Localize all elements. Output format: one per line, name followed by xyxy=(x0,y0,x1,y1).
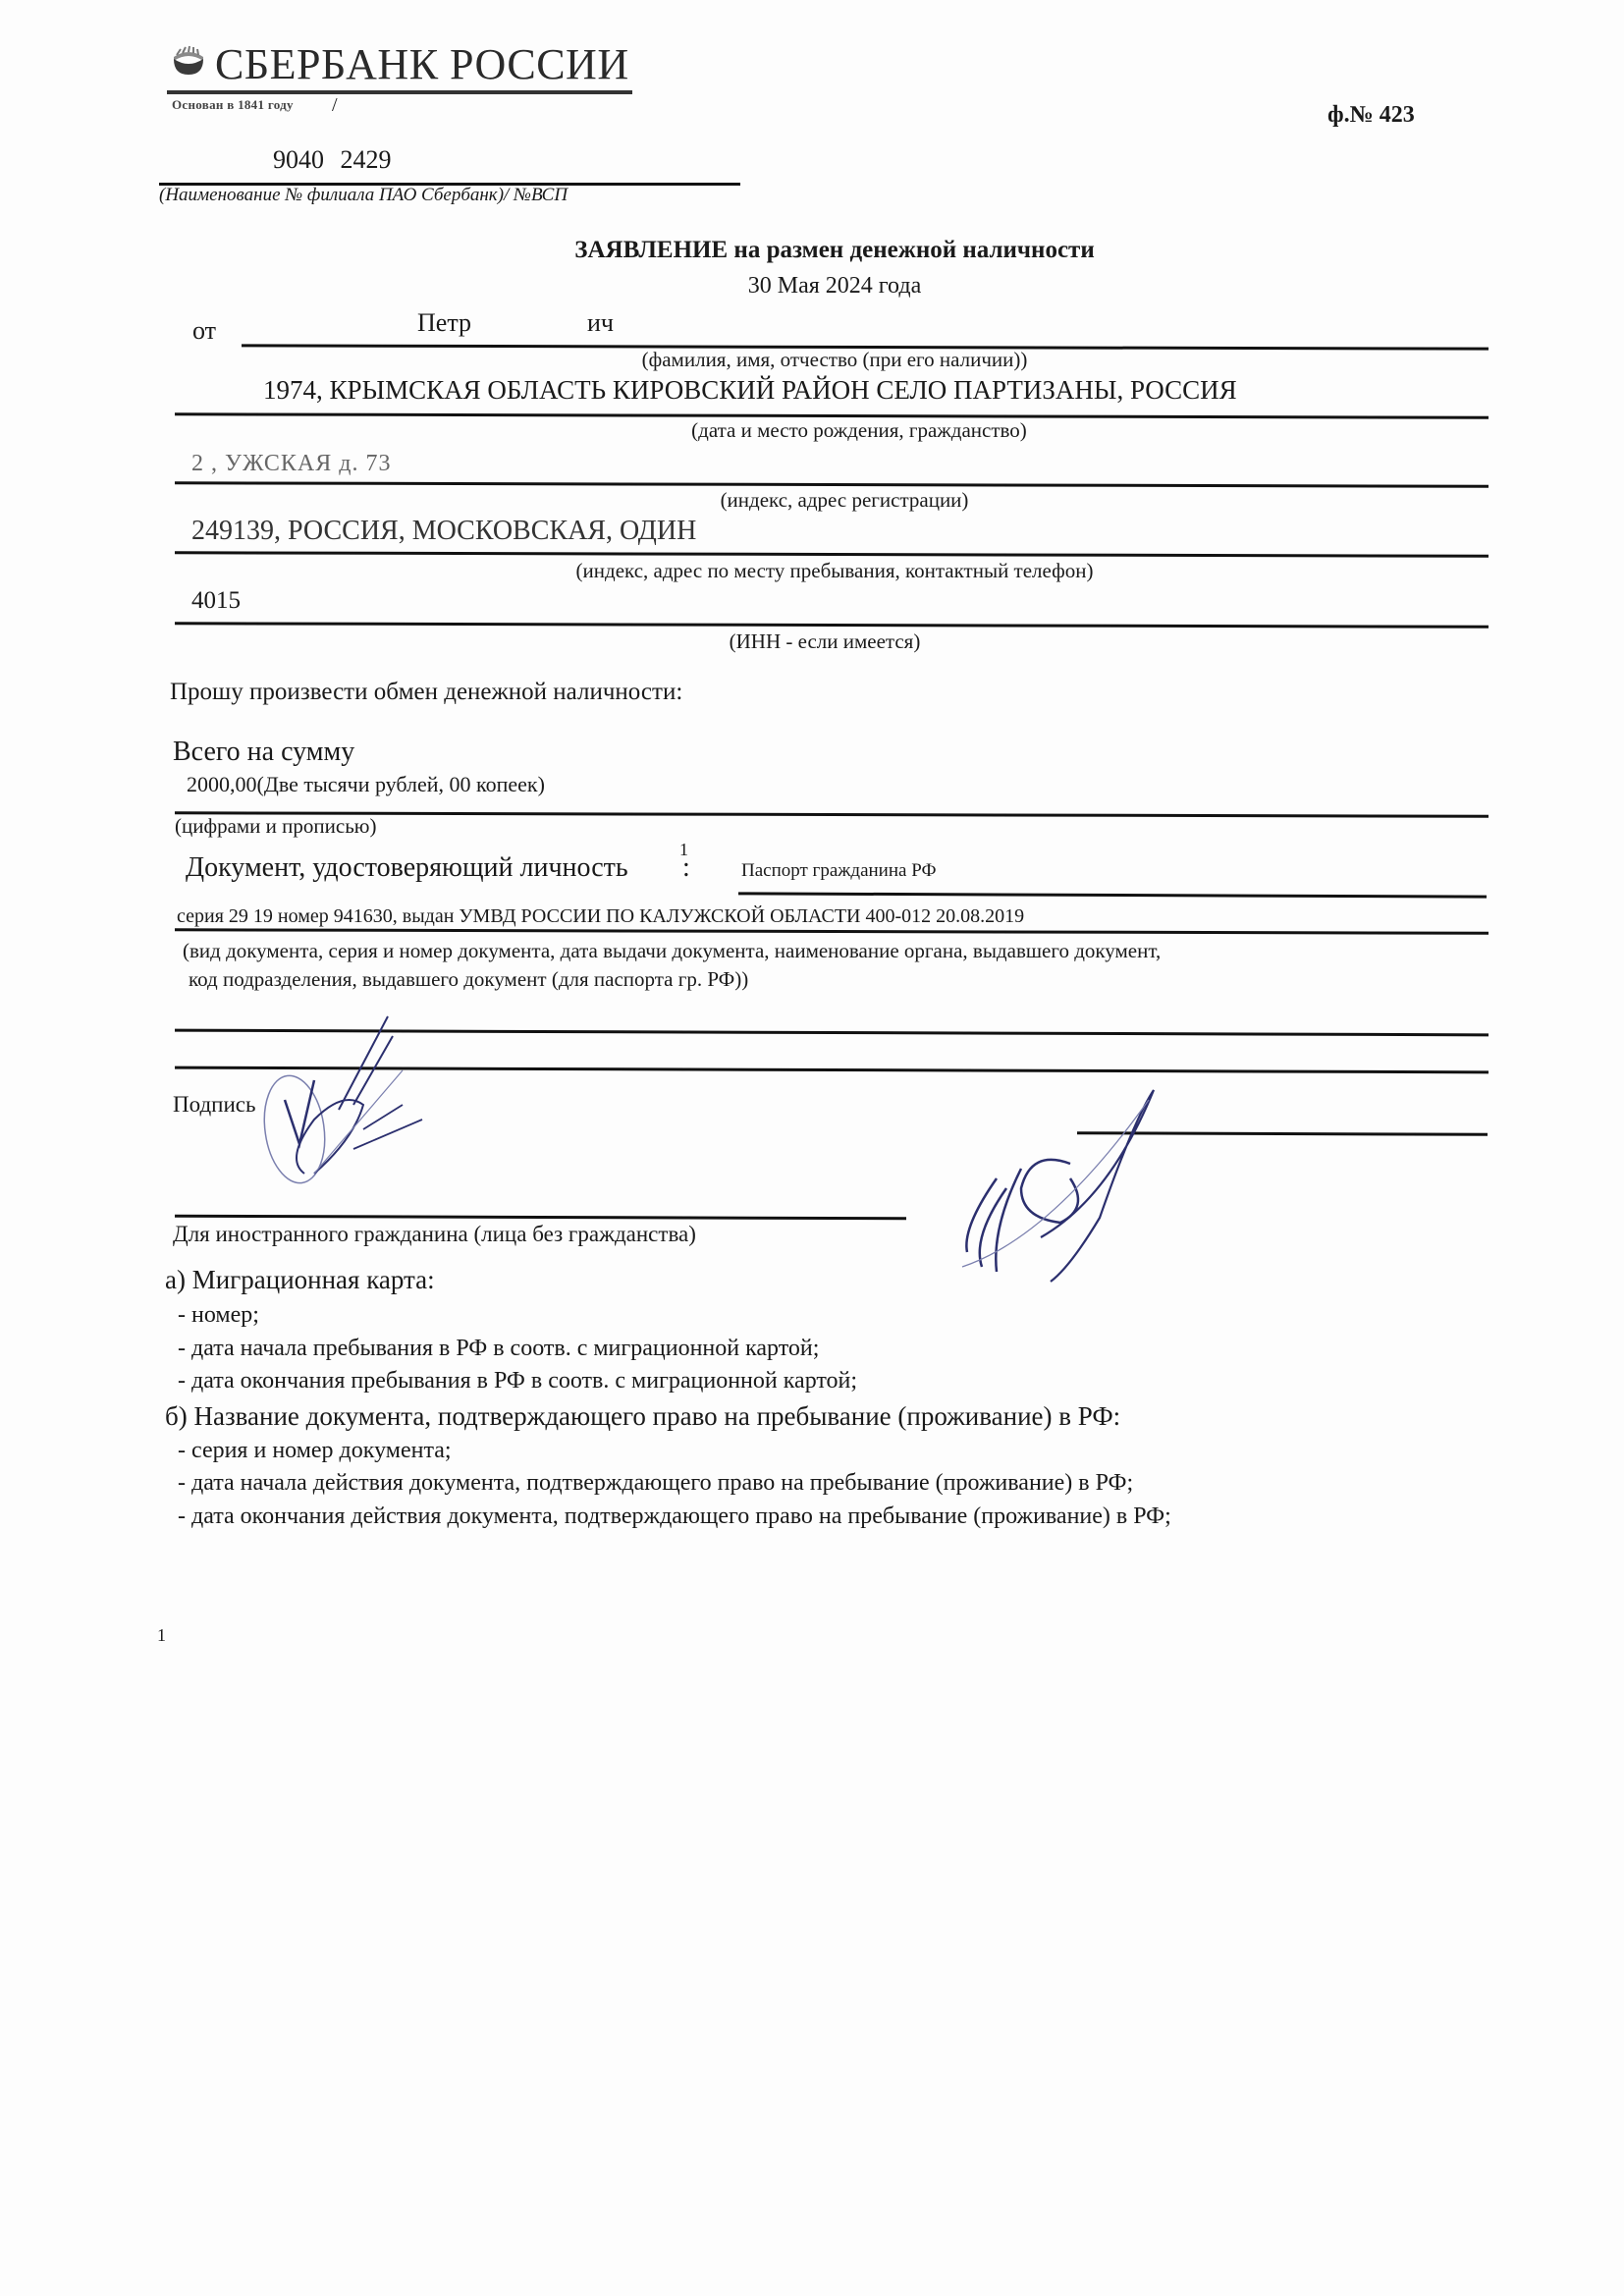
stay-address-field: 249139, РОССИЯ, МОСКОВСКАЯ, ОДИН xyxy=(191,516,696,547)
footnote-mark: 1 xyxy=(157,1625,166,1646)
from-label: от xyxy=(192,316,216,346)
identity-label: Документ, удостоверяющий личность xyxy=(186,852,628,884)
identity-details-underline xyxy=(175,928,1489,935)
header-slash: / xyxy=(332,94,338,117)
title-rest: на размен денежной наличности xyxy=(728,237,1095,263)
section-b-item-series-number: - серия и номер документа; xyxy=(178,1438,452,1464)
form-number: ф.№ 423 xyxy=(1327,102,1415,129)
identity-doc-type-field: Паспорт гражданина РФ xyxy=(741,860,936,882)
birth-caption: (дата и место рождения, гражданство) xyxy=(550,418,1168,443)
section-a-item-start-date: - дата начала пребывания в РФ в соотв. с… xyxy=(178,1336,819,1362)
branch-caption: (Наименование № филиала ПАО Сбербанк)/ №… xyxy=(159,185,568,206)
total-label: Всего на сумму xyxy=(173,737,354,768)
founded-text: Основан в 1841 году xyxy=(172,97,294,113)
logo-underline xyxy=(167,90,632,94)
document-title: ЗАЯВЛЕНИЕ на размен денежной наличности xyxy=(0,237,1624,264)
registration-caption: (индекс, адрес регистрации) xyxy=(589,488,1100,513)
title-bold: ЗАЯВЛЕНИЕ xyxy=(574,237,728,263)
total-value-field: 2000,00(Две тысячи рублей, 00 копеек) xyxy=(187,772,545,797)
signature-underline xyxy=(175,1215,906,1221)
section-a-title: а) Миграционная карта: xyxy=(165,1265,435,1295)
birth-info-field: 1974, КРЫМСКАЯ ОБЛАСТЬ КИРОВСКИЙ РАЙОН С… xyxy=(263,375,1237,406)
identity-caption-line1: (вид документа, серия и номер документа,… xyxy=(183,939,1161,963)
full-name-suffix: ич xyxy=(587,308,614,338)
applicant-signature xyxy=(245,1011,461,1188)
section-a-item-number: - номер; xyxy=(178,1302,259,1329)
document-date: 30 Мая 2024 года xyxy=(0,273,1624,300)
signature-label: Подпись xyxy=(173,1092,255,1118)
total-caption: (цифрами и прописью) xyxy=(175,814,376,839)
identity-details-field: серия 29 19 номер 941630, выдан УМВД РОС… xyxy=(177,905,1024,928)
full-name-caption: (фамилия, имя, отчество (при его наличии… xyxy=(550,348,1119,372)
section-b-item-start-date: - дата начала действия документа, подтве… xyxy=(178,1470,1133,1497)
inn-caption: (ИНН - если имеется) xyxy=(668,629,982,654)
request-intro: Прошу произвести обмен денежной наличнос… xyxy=(170,679,682,706)
identity-colon: : xyxy=(682,852,690,884)
section-a-item-end-date: - дата окончания пребывания в РФ в соотв… xyxy=(178,1368,857,1394)
section-b-item-end-date: - дата окончания действия документа, под… xyxy=(178,1503,1171,1530)
doc-type-underline xyxy=(738,892,1487,898)
inn-underline xyxy=(175,622,1489,629)
registration-address-field: 2 , УЖСКАЯ д. 73 xyxy=(191,451,391,477)
sberbank-logo-icon xyxy=(172,43,205,77)
stay-underline xyxy=(175,551,1489,558)
bank-officer-signature xyxy=(952,1080,1188,1306)
identity-caption-line2: код подразделения, выдавшего документ (д… xyxy=(189,967,748,992)
bank-name: СБЕРБАНК РОССИИ xyxy=(215,39,629,89)
foreign-heading: Для иностранного гражданина (лица без гр… xyxy=(173,1222,696,1247)
inn-field: 4015 xyxy=(191,587,241,615)
stay-caption: (индекс, адрес по месту пребывания, конт… xyxy=(511,559,1159,583)
branch-number: 9040 2429 xyxy=(273,145,392,175)
full-name-field: Петр xyxy=(417,308,471,338)
section-b-title: б) Название документа, подтверждающего п… xyxy=(165,1401,1120,1432)
registration-underline xyxy=(175,481,1489,488)
